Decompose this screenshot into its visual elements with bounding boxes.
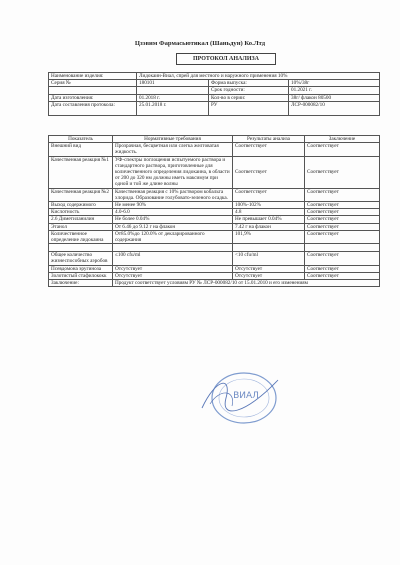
table-row: 2.6 ДиметиланилинНе более 0.04%Не превыш…: [49, 216, 380, 223]
conclusion-text: Продукт соответствует условиям РУ № ЛСР-…: [113, 280, 380, 287]
table-row: Псевдомона эругинозаОтсутствуетОтсутству…: [49, 265, 380, 272]
table-row: Качественная реакция №2Качественная реак…: [49, 188, 380, 201]
table-row: [49, 244, 380, 252]
table-row: Внешний видПрозрачная, бесцветная или сл…: [49, 143, 380, 156]
table-row: Кислотность4.0-6.04.8Соответствует: [49, 209, 380, 216]
product-label: Наименование изделия:: [49, 73, 137, 80]
svg-text:ВИАЛ: ВИАЛ: [233, 391, 259, 401]
table-row: Золотистый стафилококкОтсутствуетОтсутст…: [49, 272, 380, 279]
document-title: ПРОТОКОЛ АНАЛИЗА: [176, 53, 276, 65]
col-header-param: Показатель: [49, 136, 113, 143]
mfg-date-value: 01.2018 г.: [137, 94, 209, 101]
table-row: ЭтанолОт 6.46 до 9.12 г на флакон7.42 г …: [49, 223, 380, 230]
product-info-table: Наименование изделия: Лидокаин-Виал, спр…: [48, 72, 380, 116]
results-table: Показатель Нормативные требования Резуль…: [48, 135, 380, 287]
conclusion-label: Заключение:: [49, 280, 113, 287]
company-name: Цзэвим Фармасьютикал (Шаньдун) Ко.Лтд: [0, 40, 400, 47]
conclusion-row: Заключение: Продукт соответствует услови…: [49, 280, 380, 287]
qty-label: Кол-во в серии:: [209, 94, 289, 101]
protocol-date-value: 25.01.2018 г.: [137, 101, 209, 115]
table-row: Качественная реакция №1УФ-спектры поглощ…: [49, 156, 380, 188]
series-value: 180101: [137, 80, 209, 87]
qty-value: 38г/ флакон 80500: [289, 94, 380, 101]
form-value: 10%/38г: [289, 80, 380, 87]
col-header-conclusion: Заключение: [305, 136, 380, 143]
expiry-label: Срок годности:: [209, 87, 289, 94]
expiry-value: 01.2021 г.: [289, 87, 380, 94]
col-header-result: Результаты анализа: [233, 136, 305, 143]
table-row: Выход содержимогоНе менее 90%100%-102%Со…: [49, 202, 380, 209]
protocol-date-label: Дата составления протокола:: [49, 101, 137, 115]
product-value: Лидокаин-Виал, спрей для местного и нару…: [137, 73, 380, 80]
table-row: Общее количество жизнеспособных аэробов≤…: [49, 252, 380, 265]
mfg-date-label: Дата изготовления:: [49, 94, 137, 101]
ru-label: РУ: [209, 101, 289, 115]
form-label: Форма выпуска:: [209, 80, 289, 87]
col-header-norm: Нормативные требования: [113, 136, 233, 143]
table-row: Количественное определение лидокаинаОт85…: [49, 230, 380, 243]
ru-value: ЛСР-000082/10: [289, 101, 380, 115]
company-stamp-icon: ВИАЛ: [196, 368, 288, 426]
series-label: Серия №: [49, 80, 137, 87]
